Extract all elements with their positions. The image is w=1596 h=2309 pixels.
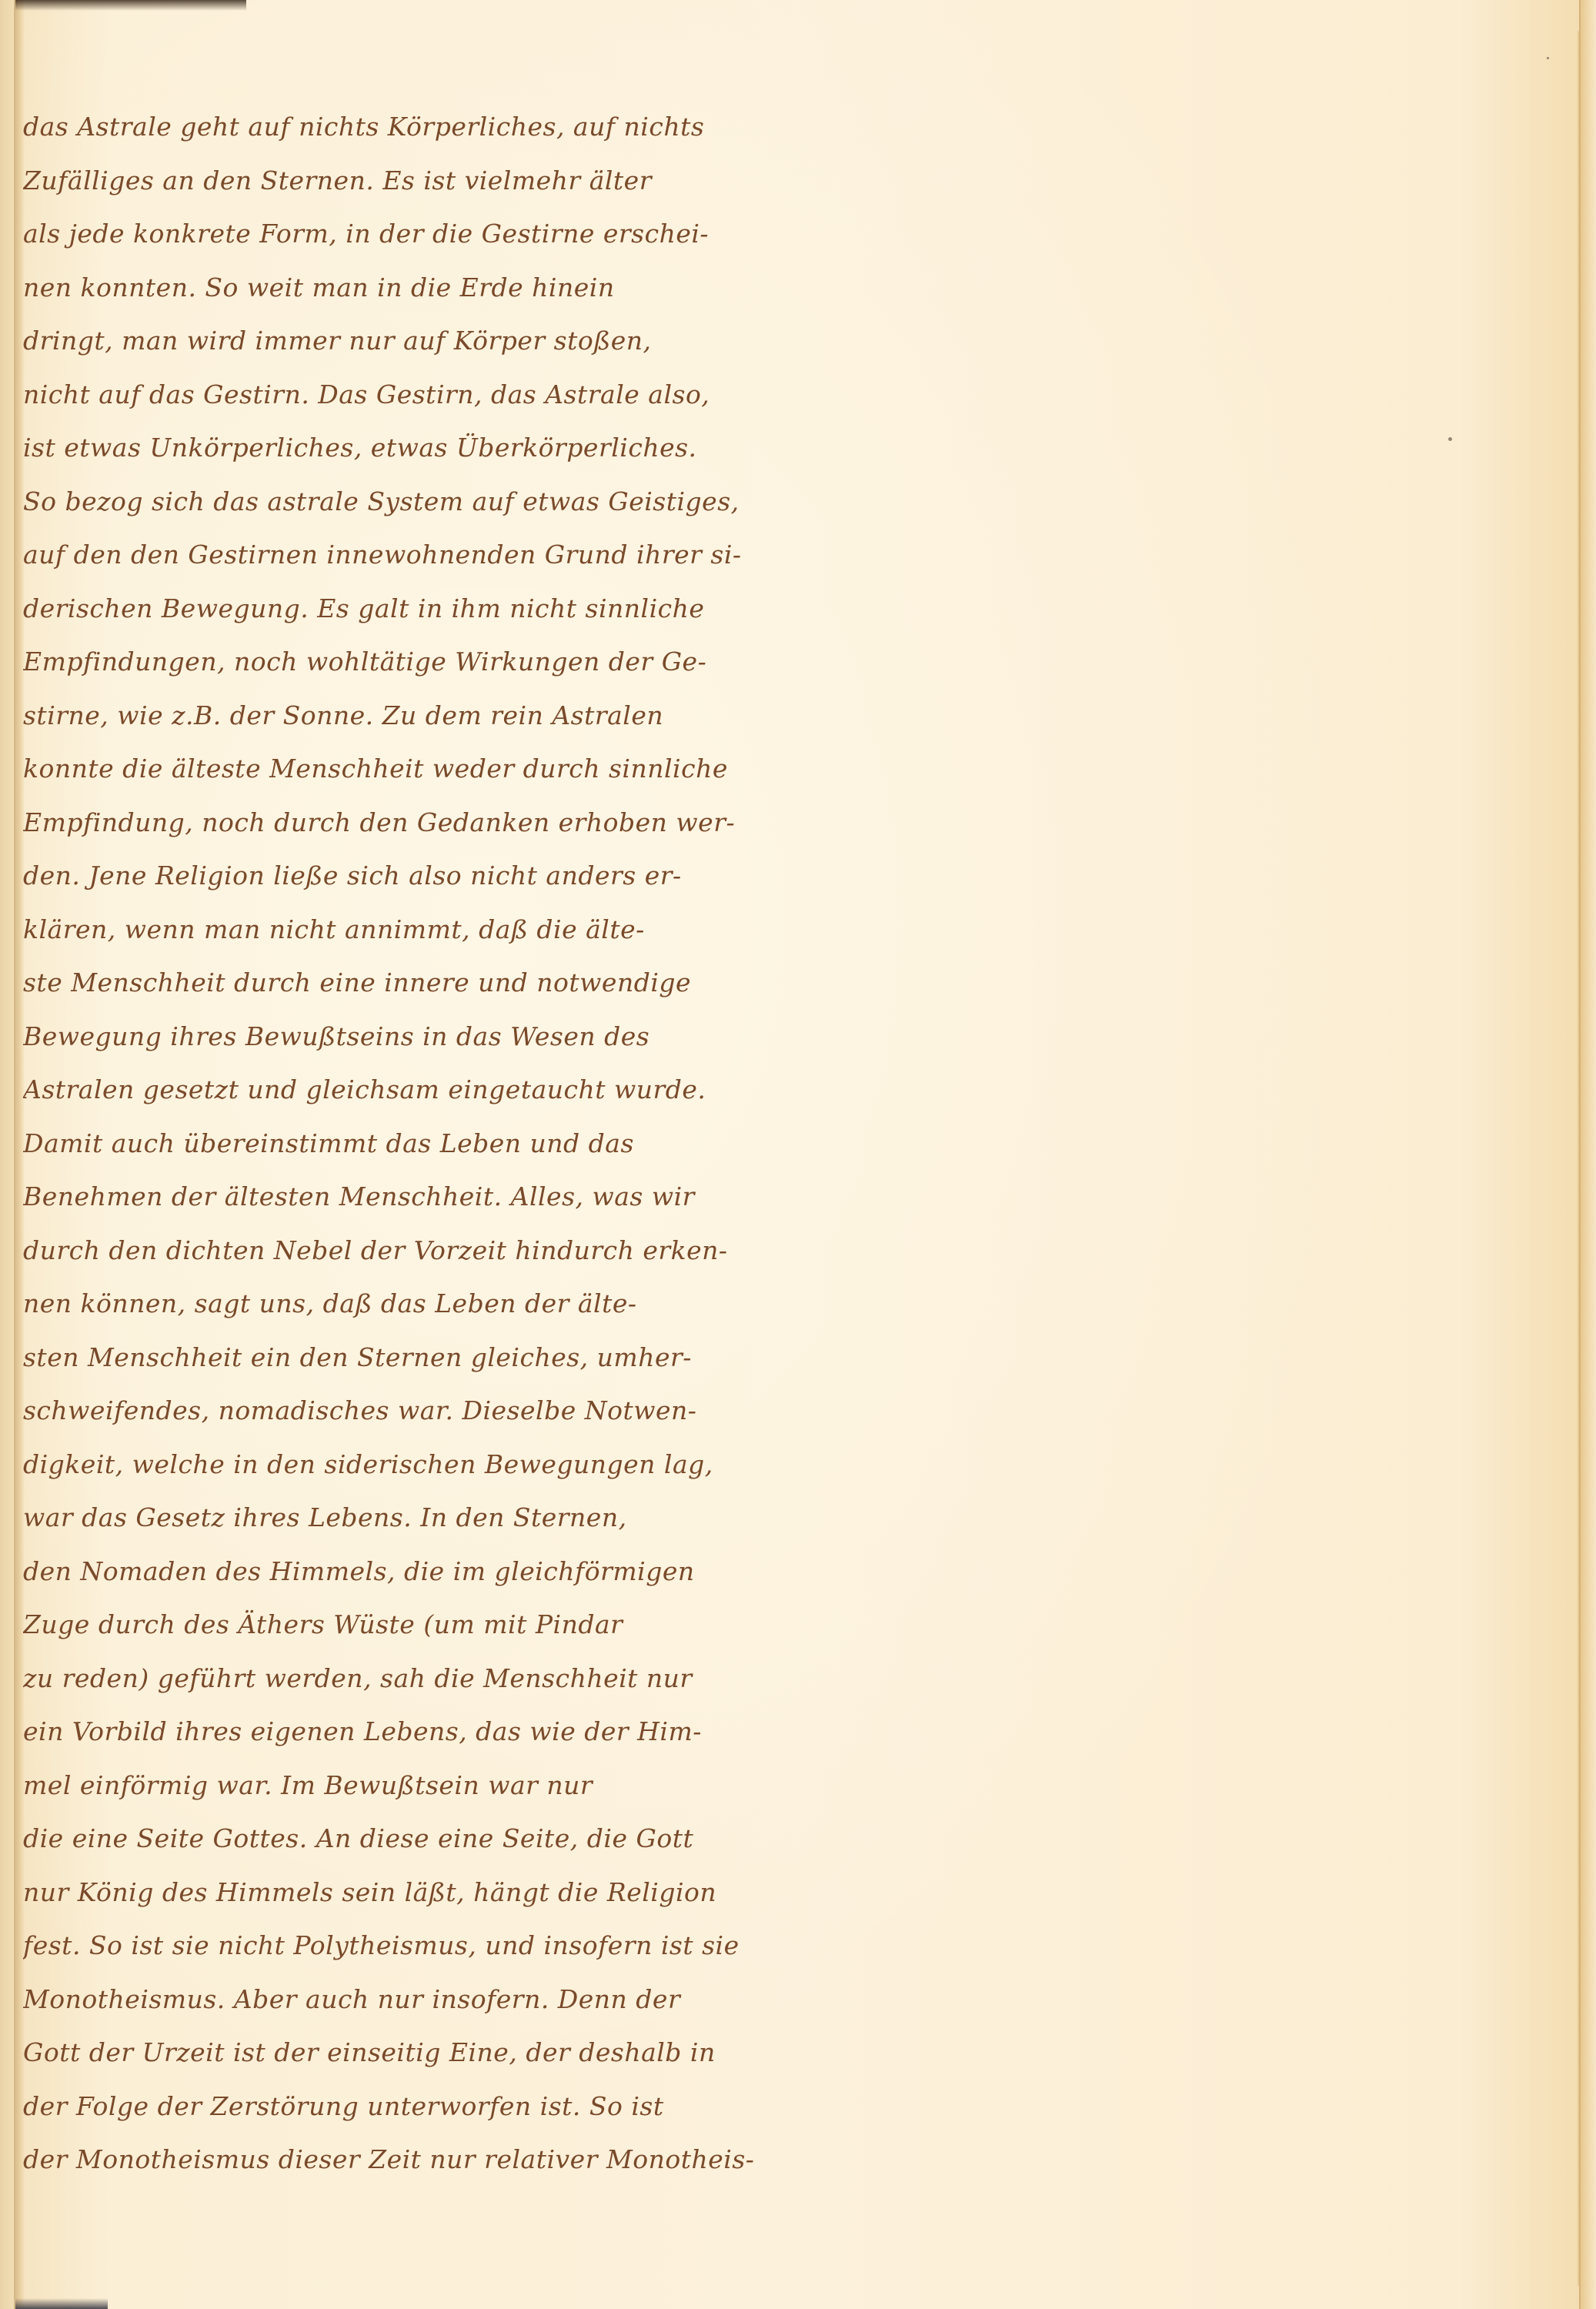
manuscript-line: die eine Seite Gottes. An diese eine Sei… bbox=[23, 1812, 823, 1866]
page-right-edge bbox=[1579, 0, 1596, 2309]
manuscript-line: durch den dichten Nebel der Vorzeit hind… bbox=[23, 1224, 823, 1278]
manuscript-line: schweifendes, nomadisches war. Dieselbe … bbox=[23, 1384, 823, 1438]
manuscript-line: Gott der Urzeit ist der einseitig Eine, … bbox=[23, 2026, 823, 2080]
manuscript-line: Empfindungen, noch wohltätige Wirkungen … bbox=[23, 635, 823, 689]
manuscript-line: Damit auch übereinstimmt das Leben und d… bbox=[23, 1117, 823, 1171]
book-binding-edge bbox=[0, 0, 15, 2309]
manuscript-line: nen können, sagt uns, daß das Leben der … bbox=[23, 1277, 823, 1331]
page-top-shadow bbox=[15, 0, 246, 11]
manuscript-line: stirne, wie z.B. der Sonne. Zu dem rein … bbox=[23, 689, 823, 743]
manuscript-line: mel einförmig war. Im Bewußtsein war nur bbox=[23, 1759, 823, 1813]
manuscript-line: konnte die älteste Menschheit weder durc… bbox=[23, 742, 823, 796]
manuscript-line: fest. So ist sie nicht Polytheismus, und… bbox=[23, 1919, 823, 1973]
manuscript-line: Bewegung ihres Bewußtseins in das Wesen … bbox=[23, 1010, 823, 1064]
manuscript-line: Astralen gesetzt und gleichsam eingetauc… bbox=[23, 1063, 823, 1117]
manuscript-line: derischen Bewegung. Es galt in ihm nicht… bbox=[23, 582, 823, 636]
manuscript-line: klären, wenn man nicht annimmt, daß die … bbox=[23, 903, 823, 957]
manuscript-line: den. Jene Religion ließe sich also nicht… bbox=[23, 849, 823, 903]
manuscript-line: der Folge der Zerstörung unterworfen ist… bbox=[23, 2080, 823, 2134]
paper-speck bbox=[1547, 57, 1549, 59]
manuscript-line: Zufälliges an den Sternen. Es ist vielme… bbox=[23, 154, 823, 208]
manuscript-line: das Astrale geht auf nichts Körperliches… bbox=[23, 100, 823, 154]
manuscript-line: Zuge durch des Äthers Wüste (um mit Pind… bbox=[23, 1598, 823, 1652]
manuscript-line: nen konnten. So weit man in die Erde hin… bbox=[23, 261, 823, 315]
manuscript-line: Benehmen der ältesten Menschheit. Alles,… bbox=[23, 1170, 823, 1224]
manuscript-line: ein Vorbild ihres eigenen Lebens, das wi… bbox=[23, 1705, 823, 1759]
manuscript-line: als jede konkrete Form, in der die Gesti… bbox=[23, 207, 823, 261]
manuscript-line: ist etwas Unkörperliches, etwas Überkörp… bbox=[23, 421, 823, 475]
manuscript-line: war das Gesetz ihres Lebens. In den Ster… bbox=[23, 1491, 823, 1545]
manuscript-line: den Nomaden des Himmels, die im gleichfö… bbox=[23, 1545, 823, 1599]
manuscript-line: auf den den Gestirnen innewohnenden Grun… bbox=[23, 528, 823, 582]
manuscript-line: dringt, man wird immer nur auf Körper st… bbox=[23, 314, 823, 368]
manuscript-line: So bezog sich das astrale System auf etw… bbox=[23, 475, 823, 529]
manuscript-line: Empfindung, noch durch den Gedanken erho… bbox=[23, 796, 823, 850]
manuscript-line: digkeit, welche in den siderischen Beweg… bbox=[23, 1438, 823, 1492]
manuscript-line: Monotheismus. Aber auch nur insofern. De… bbox=[23, 1973, 823, 2027]
manuscript-line: der Monotheismus dieser Zeit nur relativ… bbox=[23, 2133, 823, 2187]
manuscript-line: nicht auf das Gestirn. Das Gestirn, das … bbox=[23, 368, 823, 422]
manuscript-line: zu reden) geführt werden, sah die Mensch… bbox=[23, 1652, 823, 1706]
manuscript-line: ste Menschheit durch eine innere und not… bbox=[23, 956, 823, 1010]
page-bottom-corner bbox=[15, 2298, 108, 2309]
handwritten-text-block: das Astrale geht auf nichts Körperliches… bbox=[23, 100, 823, 2187]
manuscript-line: sten Menschheit ein den Sternen gleiches… bbox=[23, 1331, 823, 1385]
paper-speck bbox=[1448, 437, 1452, 441]
page-edge-stain bbox=[1578, 31, 1579, 2286]
manuscript-line: nur König des Himmels sein läßt, hängt d… bbox=[23, 1866, 823, 1920]
